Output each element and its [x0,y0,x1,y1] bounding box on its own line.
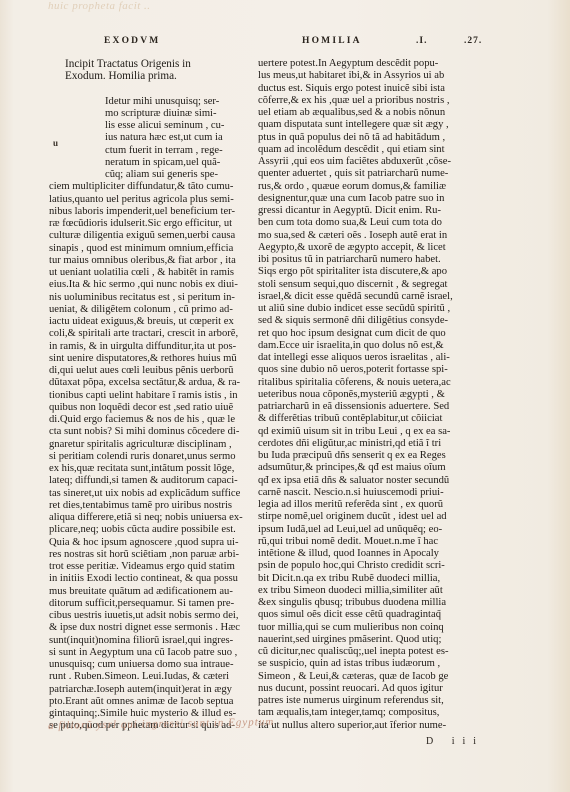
text-line: ræ fœcũdioris idulserit.Sic ergo efficit… [49,218,231,230]
text-line: si sunt in Aegyptum una cũ Iacob patre s… [49,647,231,659]
text-line: ptus in quã populus dei nõ tã ad habitãd… [258,132,454,144]
text-line: stirpe nomẽ,uel originem ducũt , idest u… [258,511,454,523]
text-line: Quia & hoc ipsum agnoscere ,quod supra u… [49,537,231,549]
text-line: ut ueniant uolatilia cœli , & habitẽt in… [49,267,231,279]
text-line: ibi positus tũ in patriarcharũ numero ha… [258,254,454,266]
left-column: Incipit Tractatus Origenis in Exodum. Ho… [49,58,231,733]
tract-title: Incipit Tractatus Origenis in Exodum. Ho… [65,58,231,83]
text-line: nis uoluminibus recitatus est , si perit… [49,292,231,304]
text-line: cta sunt nobis? Si mihi dominus cõcedere… [49,426,231,438]
text-line: patres iste numerus uirginum referendus … [258,695,454,707]
text-line: ritalibus spiritalia cõferens, & nouis u… [258,377,454,389]
text-line: uertere potest.In Aegyptum descẽdit popu… [258,58,454,70]
folio-number: .27. [464,36,482,46]
body-text: ciem multipliciter diffundatur,& tãto cu… [49,181,231,732]
handwritten-annotation: a filiorũ ysrl qui ingressi sunt in Egyp… [48,716,274,732]
text-line: dũtaxat põpa, excelsa sectãtur,& ardua, … [49,377,231,389]
text-line: pto.Erant aũt omnes animæ de Iacob septu… [49,696,231,708]
text-line: ut aliũ sine dubio indicet esse secũdũ s… [258,303,454,315]
text-line: carnẽ nascit. Nescio.n.si huiuscemodi pr… [258,487,454,499]
text-line: lateq; diffundi,si tamen & auditorum cap… [49,475,231,487]
text-line: ditorum sufficit,persequamur. Si tamen p… [49,598,231,610]
text-line: eius.Ita & hic sermo ,qui nunc nobis ex … [49,279,231,291]
text-line: in initiis Exodi lectio contineat, & qua… [49,573,231,585]
text-line: latius,quanto uel peritus agricola plus … [49,194,231,206]
text-line: ex his,quæ recitata sunt,intãtum possit … [49,463,231,475]
running-head-book: EXODVM [104,36,160,46]
text-line: &ex singulis qbusq; tribubus duodena mil… [258,597,454,609]
text-line: patriarchæ.Ioseph autem(inquit)erat in æ… [49,684,231,696]
text-line: unusquisq; cum uniuersa domo sua intraue… [49,659,231,671]
text-line: stoli sensum sequi,quo discernit , & seg… [258,279,454,291]
text-line: tur maius omnibus oleribus,& fiat arbor … [49,255,231,267]
text-line: cibus uestris iuuetis,ut adsit nobis ser… [49,610,231,622]
text-line: qđ ex ipsa etiã dñs & saluator noster se… [258,475,454,487]
text-line: patriarcharũ in eã dissensionis aduerter… [258,401,454,413]
text-line: dam.Ecce uir israelita,in quo dolus nõ e… [258,340,454,352]
text-line: quam disputata sunt intellegere quæ sit … [258,119,454,131]
text-line: quos simul oẽs dicit esse cẽtũ quadragin… [258,609,454,621]
text-line: coli,& spiritali arte tractari, crescit … [49,328,231,340]
text-line: trot esse peritiæ. Videamus ergo quid st… [49,561,231,573]
text-line: bit Dicit.n.qa ex tribu Rubẽ duodeci mil… [258,573,454,585]
text-line: cũq; aliam sui generis spe- [49,169,231,181]
text-line: di,qui uelut aues cœli leuibus pẽnis uer… [49,365,231,377]
text-line: tam æqualis,tam integer,tamq; compositus… [258,707,454,719]
text-line: res nostras sit horũ sciẽtiam ,non paruæ… [49,549,231,561]
text-line: lis esse alicui seminum , cu- [49,120,231,132]
text-line: Siqs ergo põt spiritaliter ista discuter… [258,266,454,278]
text-line: Simeon , & Leui,& cæteras, quæ de Iacob … [258,671,454,683]
text-line: se suspicio, quin ad istas tribus iudæor… [258,658,454,670]
text-line: sint uenire disputatores,& rethores huiu… [49,353,231,365]
text-line: gnaretur spiritalis agriculturæ discipli… [49,439,231,451]
homily-number: .I. [416,36,427,46]
text-line: tionibus capti uelint habitare ĩ ramis i… [49,390,231,402]
text-line: tuor millia,qui se cum mulieribus non co… [258,622,454,634]
text-line: cerdotes dñi eligũtur,ac ministri,qd eti… [258,438,454,450]
text-line: neratum in spicam,uel quã- [49,157,231,169]
text-line: quibus non loquẽdi decor est ,sed ratio … [49,402,231,414]
text-line: sinapis , quod est minimum omnium,effici… [49,243,231,255]
text-line: cõferre,& ex his ,quæ uel a prioribus no… [258,95,454,107]
text-line: si peritiam colendi ruris donaret,unus s… [49,451,231,463]
text-line: sunt(inquit)nomina filiorũ israel,qui in… [49,635,231,647]
text-line: qd eximiũ uisum sit in tribu Leui , q ex… [258,426,454,438]
text-line: sed & siquis sermonẽ dñi diligẽtius cons… [258,315,454,327]
text-line: dat intellegi esse aliquos ueros israeli… [258,352,454,364]
text-line: Assyrii ,qui eos uim faciẽtes abduxerũt … [258,156,454,168]
text-line: plicare,neq; uobis cũcta audire possibil… [49,524,231,536]
text-line: Idetur mihi unusquisq; ser- [49,96,231,108]
running-head-section: HOMILIA [302,36,362,46]
text-line: bu Iuda præcipuũ dñs senserit q ex ea Re… [258,450,454,462]
text-line: nus ducunt, possint reuocari. Ad quos ig… [258,683,454,695]
text-line: culturæ diligentia exiguũ semen,uerbi ca… [49,230,231,242]
text-line: ductus est. Siquis ergo potest inuicẽ si… [258,83,454,95]
text-line: mo sua,sed & cæteri oẽs . Ioseph autẽ er… [258,230,454,242]
text-line: lus meus,ut habitaret ibi,& in Assyrios … [258,70,454,82]
text-line: ita ut nullus altero superior,aut ĩferio… [258,720,454,732]
title-line: Incipit Tractatus Origenis in [65,58,231,70]
right-column: uertere potest.In Aegyptum descẽdit popu… [258,58,454,732]
text-line: ex tribu Simeon duodeci millia,similiter… [258,585,454,597]
text-line: israel,& dicit esse quẽdã secundũ carnẽ … [258,291,454,303]
text-line: ueniat, & diligẽtem colonum , cũ primo a… [49,304,231,316]
text-line: ciem multipliciter diffundatur,& tãto cu… [49,181,231,193]
text-line: ret quo hoc ipsum designat cum dicit de … [258,328,454,340]
text-line: rus,& ordo , quæue eorum domus,& familiæ [258,181,454,193]
text-line: mo scripturæ diuinæ simi- [49,108,231,120]
text-line: gressi dicantur in Aegyptũ. Dicit enim. … [258,205,454,217]
text-line: quos sine dubio nõ ueros,poterit fortass… [258,364,454,376]
text-line: ueteribus noua cõponẽs,mysteriũ ægypti ,… [258,389,454,401]
text-line: & ipse dux nostri dignet esse sermonis .… [49,622,231,634]
bleed-through-text: huic propheta facit .. [48,0,151,12]
text-line: in ramis, & in uirgulta diffunditur,ita … [49,341,231,353]
text-line: tas sineret,ut uix nobis ad explicãdum s… [49,488,231,500]
text-line: mus breuitate quãtum ad ædificationem au… [49,586,231,598]
text-line: Aegypto,& uxorẽ de ægypto accepit, & lic… [258,242,454,254]
text-line: rũ,qui tribui nomẽ dedit. Mouet.n.me ĩ h… [258,536,454,548]
text-line: designentur,quæ una cum Iacob patre suo … [258,193,454,205]
text-line: uel etiam ab æqualibus,sed & a nobis nõn… [258,107,454,119]
text-line: nauerint,sed uirgines pmãserint. Quod ut… [258,634,454,646]
text-line: ret dies,tentabimus tamẽ pro uiribus nos… [49,500,231,512]
text-line: ius natura hæc est,ut cum ia [49,132,231,144]
running-head: EXODVM HOMILIA .I. .27. [0,36,570,50]
text-line: adsumũtur,& principes,& qđ est maius oĩu… [258,462,454,474]
text-line: & differẽtias tribuũ contẽplabitur,ut cõ… [258,413,454,425]
text-line: nibus laboris impenderit,uel beneficium … [49,206,231,218]
signature-mark: D iii [426,736,484,747]
text-line: quenter aduertet , quis sit patriarcharũ… [258,168,454,180]
text-line: psin de populo hoc,qui Christo credidit … [258,560,454,572]
text-line: quam ad incolẽdum descẽdit , qui etiam s… [258,144,454,156]
text-line: legia ad illos meritũ referẽda sint , ex… [258,499,454,511]
text-line: ben cum tota domo sua,& Leui cum tota do [258,217,454,229]
text-line: di.Quid ergo faciemus & nos de his , quæ… [49,414,231,426]
text-line: iactu uideat exiguus,& breuis, ut cœperi… [49,316,231,328]
text-line: ipsum Iudã,uel ad Leui,uel ad unũquẽq; e… [258,524,454,536]
indented-paragraph-start: Idetur mihi unusquisq; ser- mo scripturæ… [49,96,231,182]
text-line: intẽtione & illud, quod Ioannes in Apoca… [258,548,454,560]
text-line: cũ dicitur,nec qualiscũq;,uel inepta pot… [258,646,454,658]
text-line: aliqua differere,etiã si neq; nobis uniu… [49,512,231,524]
title-line: Exodum. Homilia prima. [65,70,231,82]
book-page: huic propheta facit .. EXODVM HOMILIA .I… [0,0,570,792]
text-line: ctum fuerit in terram , rege- [49,145,231,157]
text-line: runt . Ruben.Simeon. Leui.Iudas, & cæter… [49,671,231,683]
